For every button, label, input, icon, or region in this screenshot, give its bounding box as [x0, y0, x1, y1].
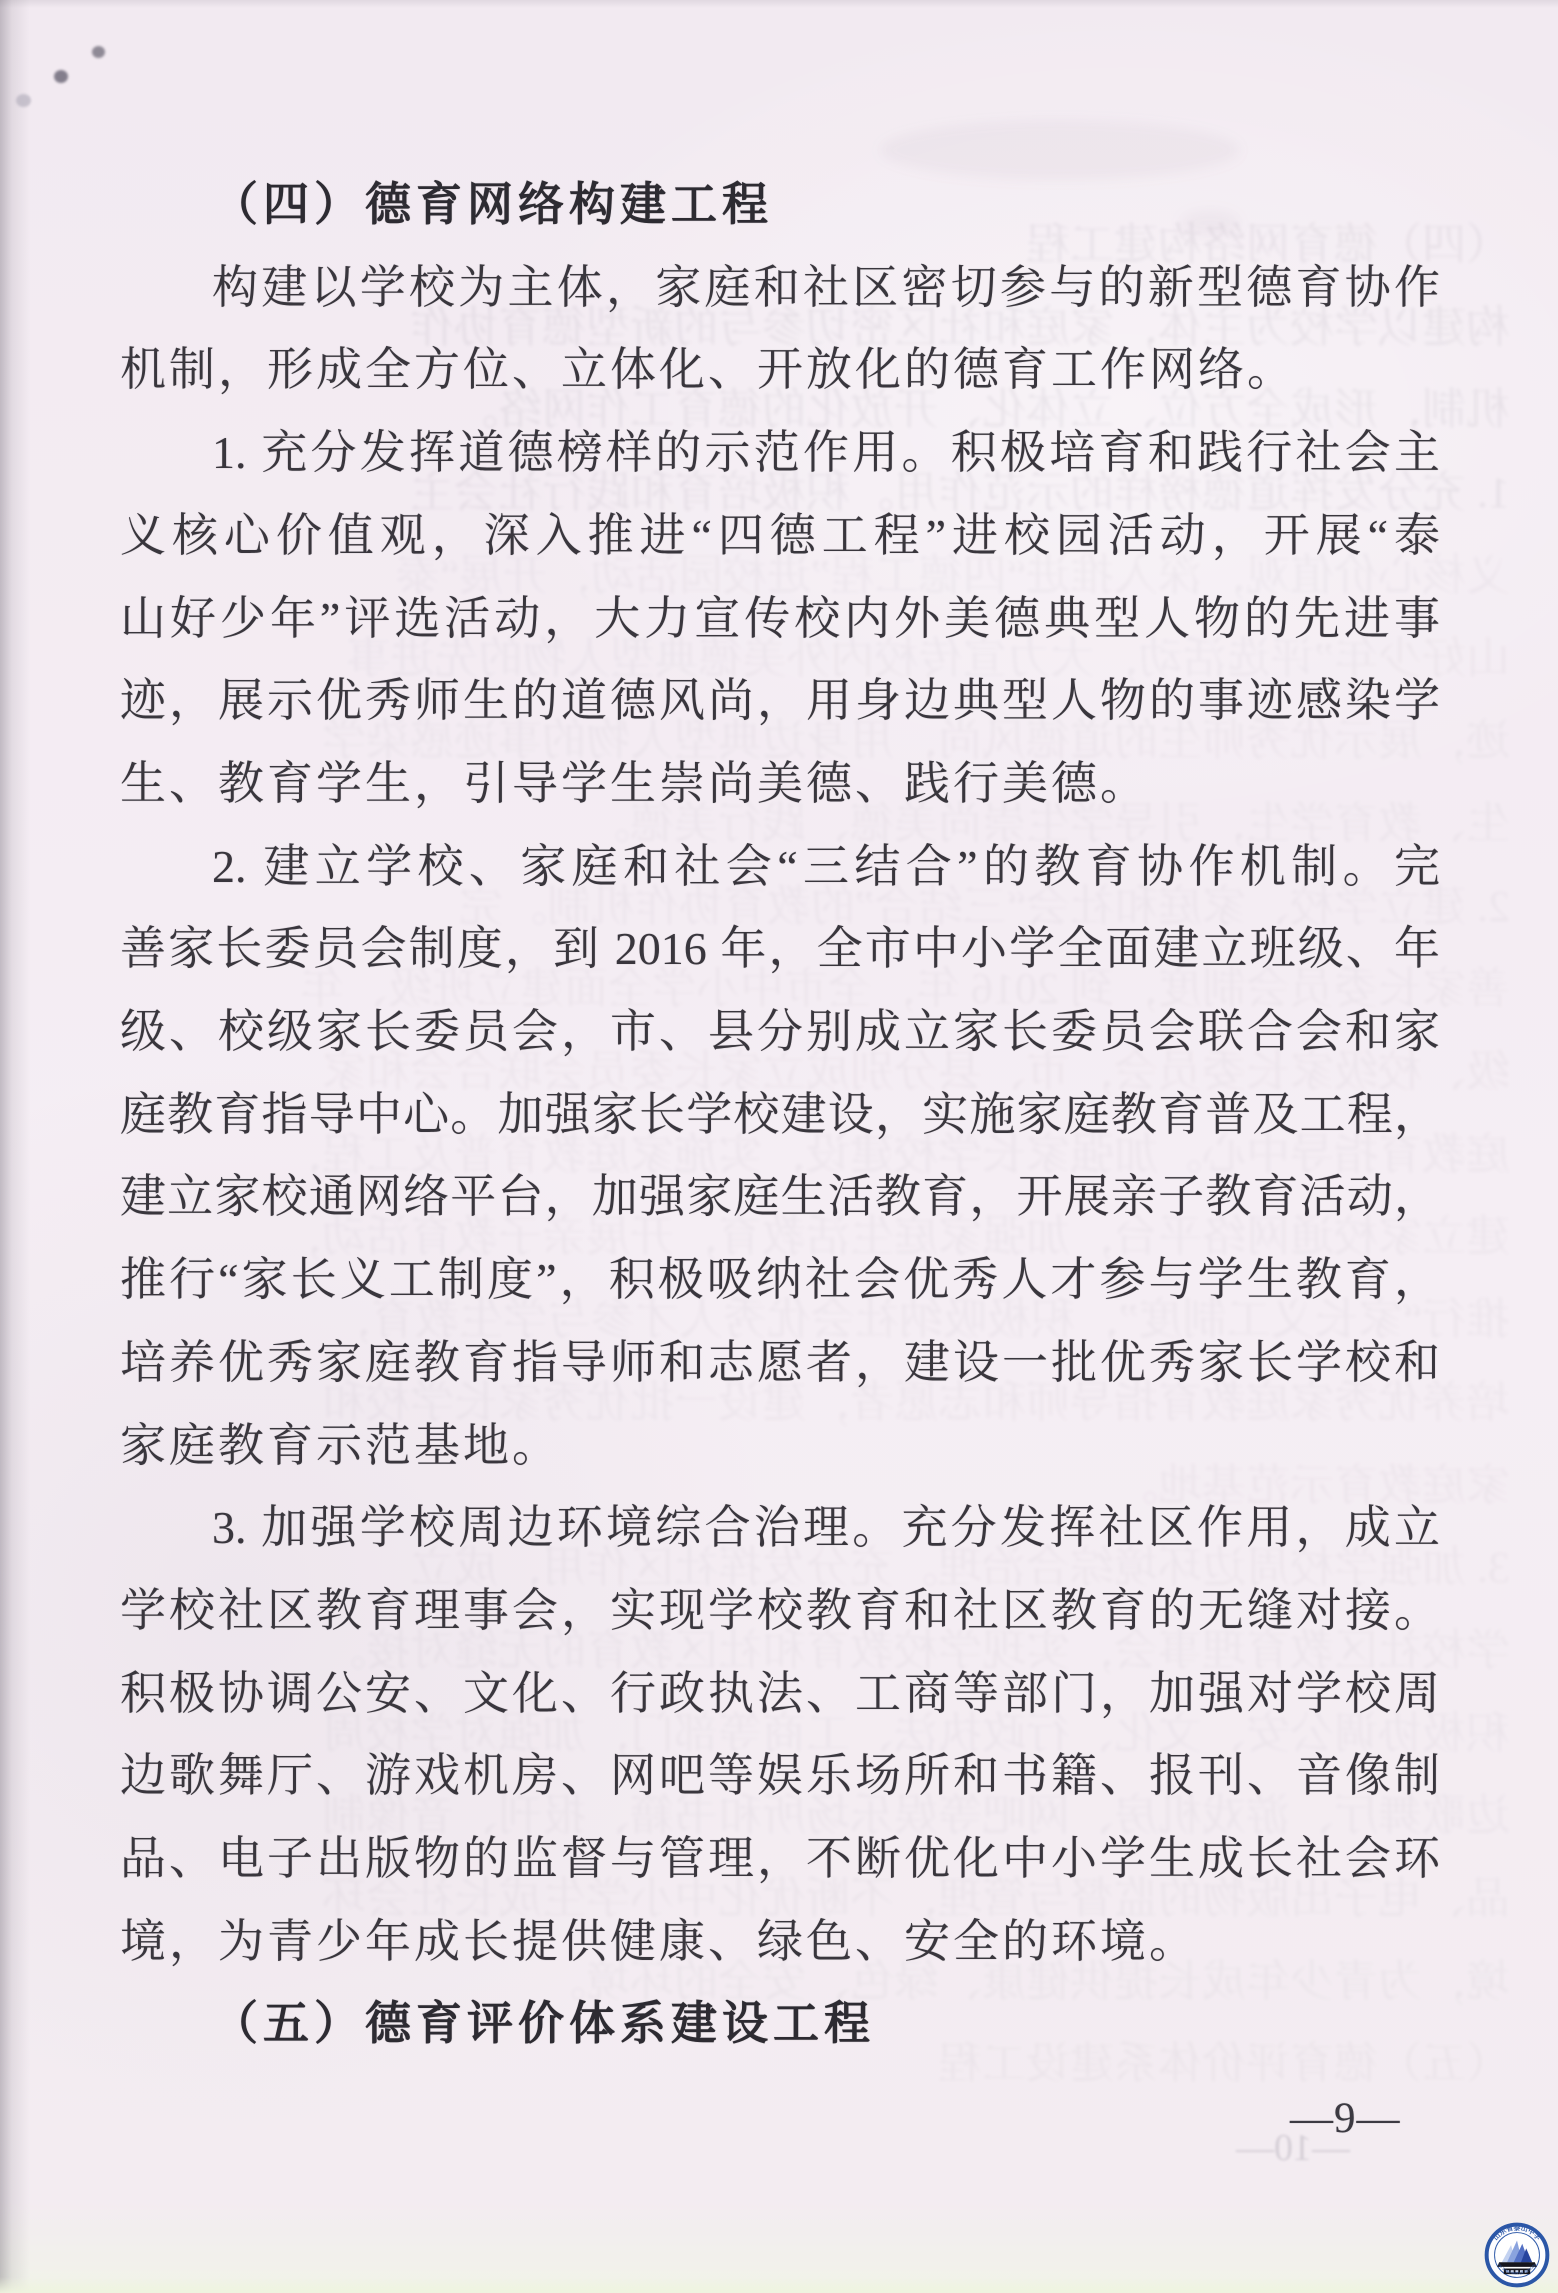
text-line: 培养优秀家庭教育指导师和志愿者，建设一批优秀家长学校和: [120, 1334, 1440, 1392]
text-line: 学校社区教育理事会，实现学校教育和社区教育的无缝对接。: [120, 1582, 1440, 1640]
scan-smudge: [880, 120, 1240, 180]
scanned-document-page: （四）德育网络构建工程构建以学校为主体，家庭和社区密切参与的新型德育协作机制，形…: [0, 0, 1558, 2293]
text-line: 机制，形成全方位、立体化、开放化的德育工作网络。: [120, 341, 1440, 399]
text-line: 品、电子出版物的监督与管理，不断优化中小学生成长社会环: [120, 1830, 1440, 1888]
text-line: 积极协调公安、文化、行政执法、工商等部门，加强对学校周: [120, 1665, 1440, 1723]
text-line: 家庭教育示范基地。: [120, 1417, 1440, 1475]
text-line: 境，为青少年成长提供健康、绿色、安全的环境。: [120, 1913, 1440, 1971]
text-line: 建立家校通网络平台，加强家庭生活教育，开展亲子教育活动，: [120, 1168, 1440, 1226]
text-line: （五）德育评价体系建设工程: [120, 1995, 1440, 2053]
text-line: 2. 建立学校、家庭和社会“三结合”的教育协作机制。完: [120, 838, 1440, 896]
scan-edge-top: [0, 0, 1558, 8]
text-line: 生、教育学生，引导学生崇尚美德、践行美德。: [120, 755, 1440, 813]
ink-speck: [54, 70, 68, 83]
text-line: 1. 充分发挥道德榜样的示范作用。积极培育和践行社会主: [120, 424, 1440, 482]
text-line: 山好少年”评选活动，大力宣传校内外美德典型人物的先进事: [120, 590, 1440, 648]
scan-edge-bottom: [0, 2277, 1558, 2293]
text-line: 级、校级家长委员会，市、县分别成立家长委员会联合会和家: [120, 1003, 1440, 1061]
text-line: 善家长委员会制度，到 2016 年，全市中小学全面建立班级、年: [120, 920, 1440, 978]
text-line: 庭教育指导中心。加强家长学校建设，实施家庭教育普及工程，: [120, 1086, 1440, 1144]
text-line: 义核心价值观，深入推进“四德工程”进校园活动，开展“泰: [120, 507, 1440, 565]
ink-speck: [16, 94, 31, 107]
bleedthrough-page-number: —10—: [1236, 2126, 1350, 2170]
text-line: 3. 加强学校周边环境综合治理。充分发挥社区作用，成立: [120, 1499, 1440, 1557]
text-line: 迹，展示优秀师生的道德风尚，用身边典型人物的事迹感染学: [120, 672, 1440, 730]
text-line: 构建以学校为主体，家庭和社区密切参与的新型德育协作: [120, 259, 1440, 317]
school-seal: 山东省泰山中学 TAI SHAN MIDDLE SCHOOL: [1484, 2222, 1550, 2288]
ink-speck: [92, 46, 105, 58]
text-line: （四）德育网络构建工程: [120, 176, 1440, 234]
scan-edge-left: [0, 0, 30, 2293]
text-line: 边歌舞厅、游戏机房、网吧等娱乐场所和书籍、报刊、音像制: [120, 1747, 1440, 1805]
text-line: 推行“家长义工制度”，积极吸纳社会优秀人才参与学生教育，: [120, 1251, 1440, 1309]
